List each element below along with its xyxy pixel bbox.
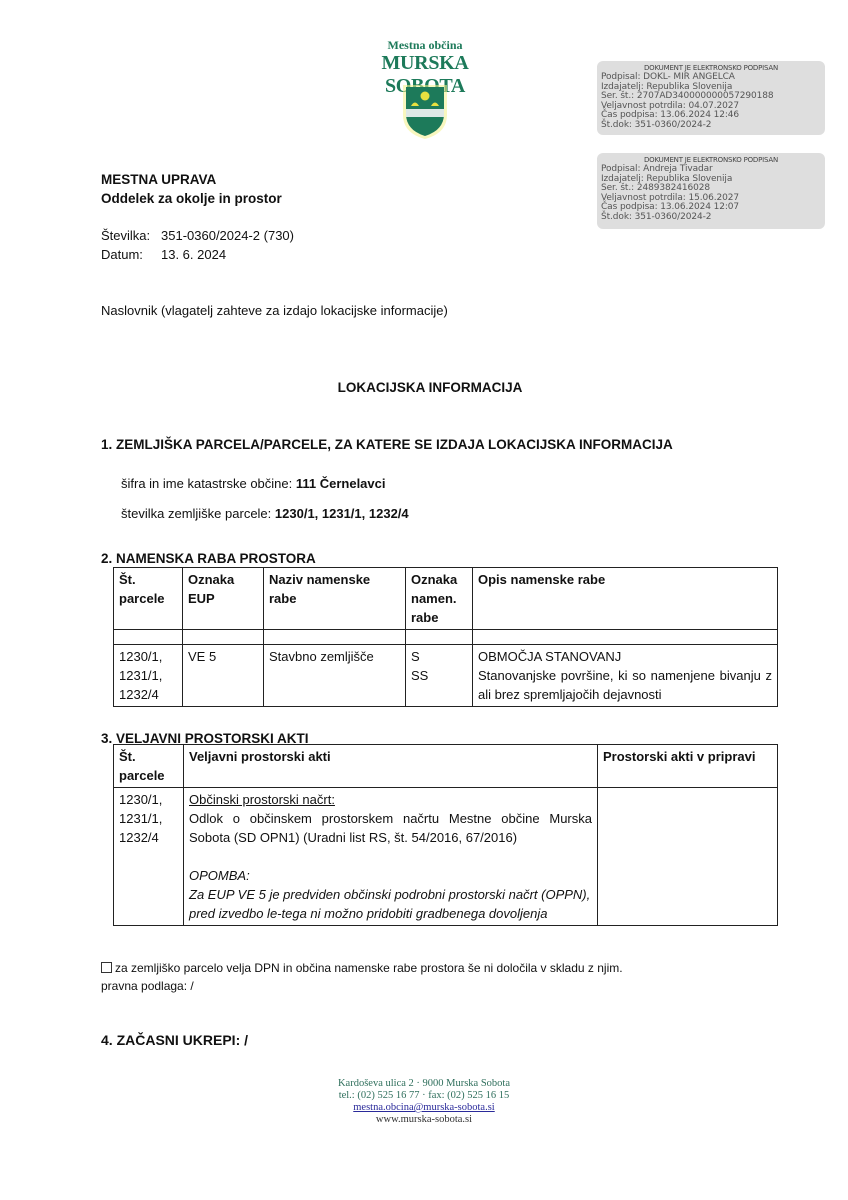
- cell-eup: VE 5: [183, 645, 264, 707]
- section-4-heading: 4. ZAČASNI UKREPI: /: [101, 1032, 248, 1048]
- signature-box: DOKUMENT JE ELEKTRONSKO PODPISAN Podpisa…: [597, 153, 825, 229]
- cadastre-value: 111 Černelavci: [296, 476, 386, 491]
- cell-use-description: OBMOČJA STANOVANJ Stanovanjske površine,…: [473, 645, 778, 707]
- land-use-table: Št. parcele Oznaka EUP Naziv namenske ra…: [113, 567, 778, 707]
- col-header-acts-in-preparation: Prostorski akti v pripravi: [598, 745, 778, 788]
- table-row: 1230/1, 1231/1, 1232/4 Občinski prostors…: [114, 788, 778, 926]
- signature-box: DOKUMENT JE ELEKTRONSKO PODPISAN Podpisa…: [597, 61, 825, 135]
- dpn-checkbox[interactable]: [101, 962, 112, 973]
- table-row-empty: [114, 630, 778, 645]
- col-header-eup: Oznaka EUP: [183, 568, 264, 630]
- section-2-heading: 2. NAMENSKA RABA PROSTORA: [101, 551, 316, 566]
- col-header-use-description: Opis namenske rabe: [473, 568, 778, 630]
- footer-website[interactable]: www.murska-sobota.si: [300, 1114, 548, 1126]
- signature-doc-number: Št.dok: 351-0360/2024-2: [601, 213, 821, 223]
- footer-phone: tel.: (02) 525 16 77 · fax: (02) 525 16 …: [300, 1090, 548, 1102]
- cell-parcels: 1230/1, 1231/1, 1232/4: [114, 788, 184, 926]
- org-name: MESTNA UPRAVA: [101, 172, 216, 187]
- table-header-row: Št. parcele Oznaka EUP Naziv namenske ra…: [114, 568, 778, 630]
- cadastre-line: šifra in ime katastrske občine: 111 Čern…: [121, 476, 386, 491]
- footer-address: Kardoševa ulica 2 · 9000 Murska Sobota: [300, 1078, 548, 1090]
- table-header-row: Št. parcele Veljavni prostorski akti Pro…: [114, 745, 778, 788]
- cell-valid-acts: Občinski prostorski načrt: Odlok o občin…: [184, 788, 598, 926]
- section-1-heading: 1. ZEMLJIŠKA PARCELA/PARCELE, ZA KATERE …: [101, 437, 673, 452]
- logo-subtitle: Mestna občina: [340, 38, 510, 53]
- col-header-use-code: Oznaka namen. rabe: [406, 568, 473, 630]
- document-date-value: 13. 6. 2024: [161, 247, 226, 262]
- cadastre-label: šifra in ime katastrske občine:: [121, 476, 292, 491]
- footer-email-link[interactable]: mestna.obcina@murska-sobota.si: [353, 1102, 494, 1113]
- document-number-label: Številka:: [101, 228, 150, 243]
- legal-basis: pravna podlaga: /: [101, 979, 194, 993]
- table-row: 1230/1, 1231/1, 1232/4 VE 5 Stavbno zeml…: [114, 645, 778, 707]
- parcel-line: številka zemljiške parcele: 1230/1, 1231…: [121, 506, 409, 521]
- footer: Kardoševa ulica 2 · 9000 Murska Sobota t…: [300, 1078, 548, 1126]
- signature-title: DOKUMENT JE ELEKTRONSKO PODPISAN: [601, 156, 821, 164]
- col-header-use-name: Naziv namenske rabe: [264, 568, 406, 630]
- document-date-label: Datum:: [101, 247, 143, 262]
- cell-use-name: Stavbno zemljišče: [264, 645, 406, 707]
- document-number-value: 351-0360/2024-2 (730): [161, 228, 294, 243]
- col-header-parcel: Št. parcele: [114, 745, 184, 788]
- document-title: LOKACIJSKA INFORMACIJA: [0, 380, 848, 395]
- cell-parcels: 1230/1, 1231/1, 1232/4: [114, 645, 183, 707]
- dpn-checkbox-label: za zemljiško parcelo velja DPN in občina…: [115, 961, 623, 975]
- note-text: Za EUP VE 5 je predviden občinski podrob…: [189, 885, 592, 923]
- signature-doc-number: Št.dok: 351-0360/2024-2: [601, 121, 821, 131]
- recipient: Naslovnik (vlagatelj zahteve za izdajo l…: [101, 303, 448, 318]
- org-department: Oddelek za okolje in prostor: [101, 191, 282, 206]
- document-number: Številka: 351-0360/2024-2 (730): [101, 228, 150, 243]
- document-date: Datum: 13. 6. 2024: [101, 247, 143, 262]
- col-header-valid-acts: Veljavni prostorski akti: [184, 745, 598, 788]
- col-header-parcel: Št. parcele: [114, 568, 183, 630]
- act-text: Odlok o občinskem prostorskem načrtu Mes…: [189, 809, 592, 847]
- cell-use-code: S SS: [406, 645, 473, 707]
- signature-title: DOKUMENT JE ELEKTRONSKO PODPISAN: [601, 64, 821, 72]
- coat-of-arms-icon: [401, 83, 449, 141]
- act-title: Občinski prostorski načrt:: [189, 790, 592, 809]
- cell-acts-in-preparation: [598, 788, 778, 926]
- spatial-acts-table: Št. parcele Veljavni prostorski akti Pro…: [113, 744, 778, 926]
- dpn-checkbox-row: za zemljiško parcelo velja DPN in občina…: [101, 961, 623, 975]
- parcel-label: številka zemljiške parcele:: [121, 506, 271, 521]
- parcel-value: 1230/1, 1231/1, 1232/4: [275, 506, 409, 521]
- note-label: OPOMBA:: [189, 866, 592, 885]
